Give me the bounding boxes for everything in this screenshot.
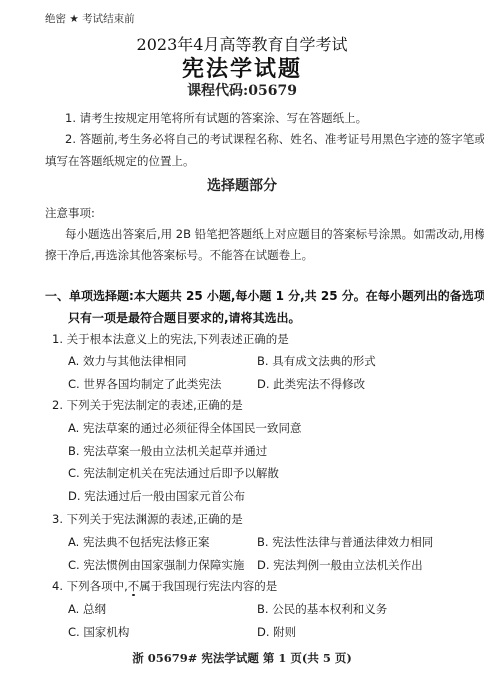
section-heading: 一、单项选择题:本大题共 25 小题,每小题 1 分,共 25 分。在每小题列出…	[45, 287, 484, 304]
option-b: B. 具有成文法典的形式	[257, 353, 376, 369]
option-c: C. 宪法制定机关在宪法通过后即予以解散	[68, 465, 279, 481]
notice-line-1: 每小题选出答案后,用 2B 铅笔把答题纸上对应题目的答案标号涂黑。如需改动,用橡…	[65, 226, 484, 242]
instruction-1: 1. 请考生按规定用笔将所有试题的答案涂、写在答题纸上。	[65, 110, 367, 126]
notice-label: 注意事项:	[45, 205, 95, 221]
emphasized-negation: 不	[128, 579, 140, 593]
question-stem: 3. 下列关于宪法渊源的表述,正确的是	[52, 511, 243, 527]
instruction-2: 2. 答题前,考生务必将自己的考试课程名称、姓名、准考证号用黑色字迹的签字笔或钢…	[65, 131, 484, 147]
confidential-label: 绝密 ★ 考试结束前	[45, 11, 135, 26]
instruction-2-continued: 填写在答题纸规定的位置上。	[45, 153, 195, 169]
option-c: C. 国家机构	[68, 624, 129, 640]
stem-prefix: 4. 下列各项中,	[52, 579, 128, 593]
option-a: A. 宪法草案的通过必须征得全体国民一致同意	[68, 420, 301, 436]
stem-suffix: 属于我国现行宪法内容的是	[139, 579, 277, 593]
question-stem: 2. 下列关于宪法制定的表述,正确的是	[52, 397, 243, 413]
part-title: 选择题部分	[0, 175, 484, 195]
option-d: D. 附则	[257, 624, 296, 640]
option-a: A. 宪法典不包括宪法修正案	[68, 534, 209, 550]
option-c: C. 世界各国均制定了此类宪法	[68, 376, 221, 392]
question-stem: 1. 关于根本法意义上的宪法,下列表述正确的是	[52, 331, 289, 347]
option-a: A. 总纲	[68, 601, 106, 617]
option-d: D. 宪法通过后一般由国家元首公布	[68, 488, 245, 504]
option-b: B. 宪法草案一般由立法机关起草并通过	[68, 443, 267, 459]
section-heading-continued: 只有一项是最符合题目要求的,请将其选出。	[68, 309, 301, 326]
notice-line-2: 擦干净后,再选涂其他答案标号。不能答在试题卷上。	[45, 247, 313, 263]
option-d: D. 宪法判例一般由立法机关作出	[257, 557, 423, 573]
option-a: A. 效力与其他法律相同	[68, 353, 186, 369]
option-b: B. 宪法性法律与普通法律效力相同	[257, 534, 433, 550]
option-c: C. 宪法惯例由国家强制力保障实施	[68, 557, 244, 573]
course-code: 课程代码:05679	[0, 80, 484, 100]
option-b: B. 公民的基本权利和义务	[257, 601, 387, 617]
subject-title: 宪法学试题	[0, 52, 484, 83]
question-stem: 4. 下列各项中,不属于我国现行宪法内容的是	[52, 578, 277, 594]
page-footer: 浙 05679# 宪法学试题 第 1 页(共 5 页)	[0, 650, 484, 666]
option-d: D. 此类宪法不得修改	[257, 376, 365, 392]
